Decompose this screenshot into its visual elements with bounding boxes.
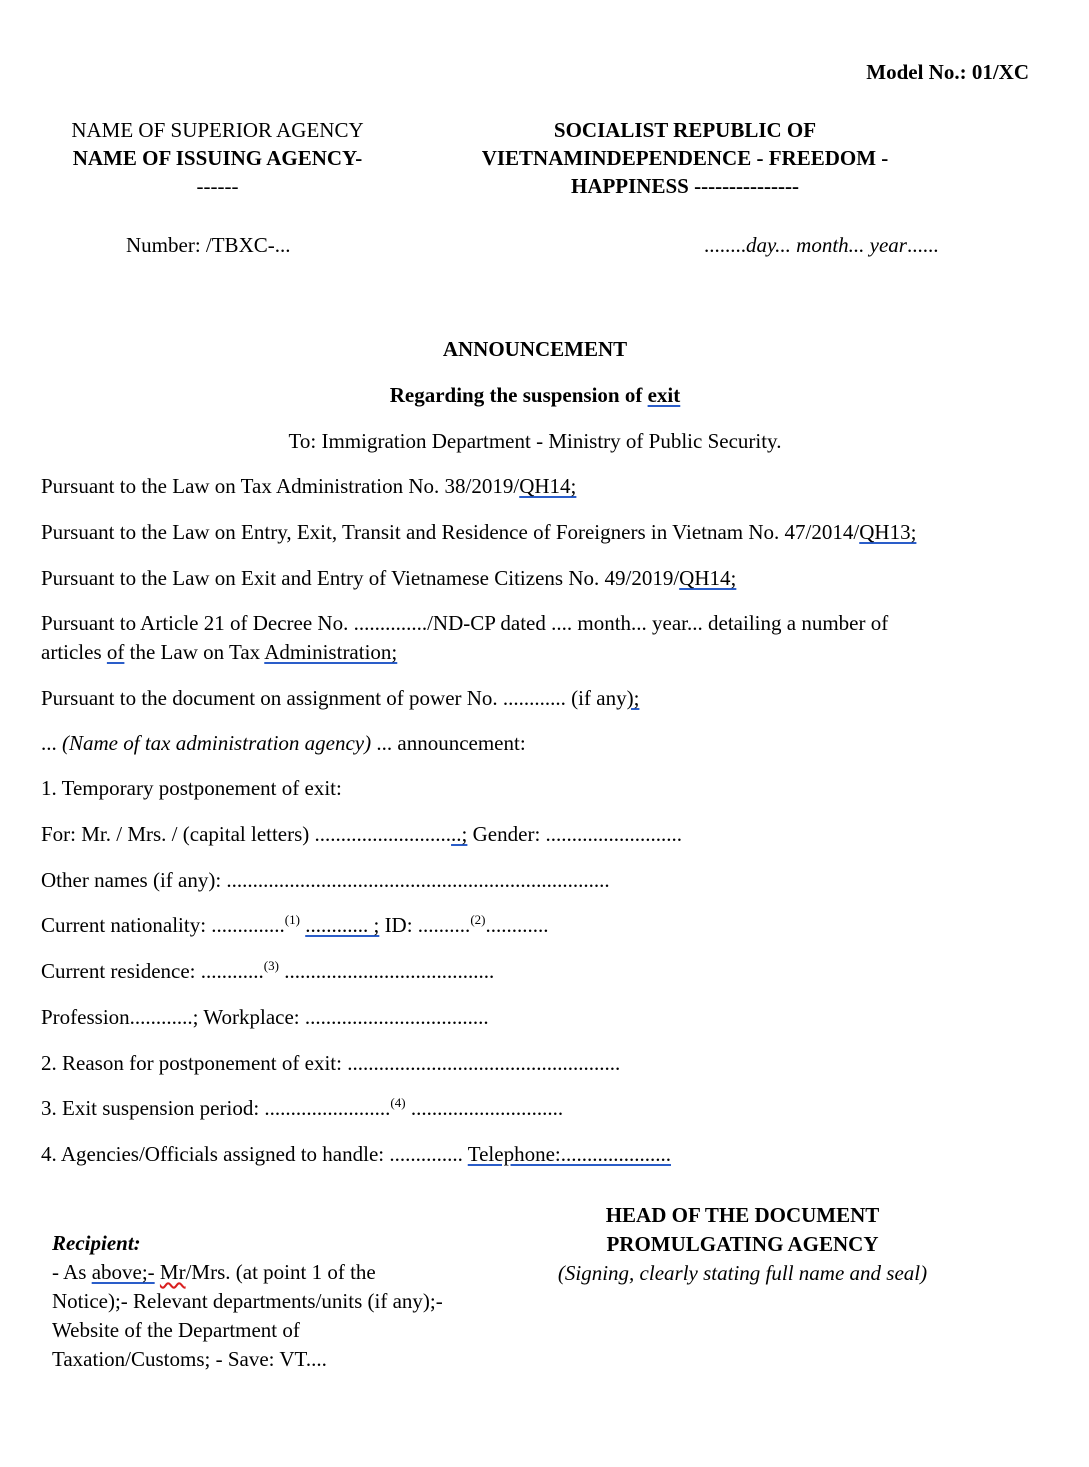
clause-text: Pursuant to the Law on Entry, Exit, Tran… <box>41 520 859 544</box>
id-blank: ............ <box>485 913 548 937</box>
nationality-id-field: Current nationality: ..............(1) .… <box>41 913 548 938</box>
recipient-text: /Mrs. (at point 1 of the <box>186 1260 376 1284</box>
republic-line-1: SOCIALIST REPUBLIC OF <box>445 116 925 144</box>
grammar-flag[interactable]: of <box>107 640 125 664</box>
date-suffix: ...... <box>907 233 939 257</box>
document-title: ANNOUNCEMENT <box>0 337 1070 362</box>
date-prefix: ........ <box>704 233 746 257</box>
clause-text-line-2: articles of the Law on Tax Administratio… <box>41 640 888 665</box>
clause-text: Pursuant to the document on assignment o… <box>41 686 627 710</box>
grammar-flag[interactable]: above;- <box>92 1260 155 1284</box>
subject-flagged-word[interactable]: exit <box>648 383 681 407</box>
agency-divider: ------ <box>20 172 415 200</box>
spelling-flag[interactable]: Mr <box>160 1260 186 1284</box>
grammar-flag[interactable]: QH13; <box>859 520 916 544</box>
recipient-line-1: - As above;- Mr/Mrs. (at point 1 of the <box>52 1258 443 1287</box>
recipient-block: Recipient: - As above;- Mr/Mrs. (at poin… <box>52 1229 443 1374</box>
name-gender-field: For: Mr. / Mrs. / (capital letters) ....… <box>41 822 682 847</box>
subject-text: Regarding the suspension of <box>390 383 648 407</box>
footnote-ref: (1) <box>285 912 300 927</box>
gender-label: Gender: .......................... <box>467 822 682 846</box>
grammar-flag[interactable]: Telephone:..................... <box>468 1142 671 1166</box>
name-label: For: Mr. / Mrs. / (capital letters) ....… <box>41 822 451 846</box>
republic-line-3: HAPPINESS --------------- <box>445 172 925 200</box>
date-text: day... month... year <box>746 233 907 257</box>
agency-placeholder: (Name of tax administration agency) <box>62 731 371 755</box>
recipient-text: - As <box>52 1260 92 1284</box>
section-2-reason: 2. Reason for postponement of exit: ....… <box>41 1051 620 1076</box>
announce-prefix: ... <box>41 731 62 755</box>
pursuant-clause: Pursuant to the Law on Tax Administratio… <box>41 474 576 499</box>
section-4-officials: 4. Agencies/Officials assigned to handle… <box>41 1142 671 1167</box>
document-date: ........day... month... year...... <box>704 233 938 258</box>
recipient-line-4: Taxation/Customs; - Save: VT.... <box>52 1345 443 1374</box>
footnote-ref: (4) <box>390 1095 405 1110</box>
national-motto-block: SOCIALIST REPUBLIC OF VIETNAMINDEPENDENC… <box>445 116 925 200</box>
agency-block: NAME OF SUPERIOR AGENCY NAME OF ISSUING … <box>20 116 415 200</box>
clause-text: Pursuant to the Law on Tax Administratio… <box>41 474 519 498</box>
footnote-ref: (3) <box>264 958 279 973</box>
profession-workplace-field: Profession............; Workplace: .....… <box>41 1005 489 1030</box>
pursuant-clause: Pursuant to the Law on Exit and Entry of… <box>41 566 736 591</box>
clause-text-line-1: Pursuant to Article 21 of Decree No. ...… <box>41 611 888 636</box>
model-number: Model No.: 01/XC <box>866 60 1029 85</box>
clause-text: articles <box>41 640 107 664</box>
other-names-field: Other names (if any): ..................… <box>41 868 610 893</box>
residence-label: Current residence: ............ <box>41 959 264 983</box>
document-subject: Regarding the suspension of exit <box>0 383 1070 408</box>
grammar-flag[interactable]: ); <box>627 686 640 710</box>
republic-line-2: VIETNAMINDEPENDENCE - FREEDOM - <box>445 144 925 172</box>
section-3-period: 3. Exit suspension period: .............… <box>41 1096 563 1121</box>
pursuant-clause: Pursuant to Article 21 of Decree No. ...… <box>41 611 888 665</box>
signature-block: HEAD OF THE DOCUMENT PROMULGATING AGENCY… <box>520 1201 965 1288</box>
issuing-agency: NAME OF ISSUING AGENCY- <box>20 144 415 172</box>
footnote-ref: (2) <box>470 912 485 927</box>
announcement-line: ... (Name of tax administration agency) … <box>41 731 526 756</box>
recipient-label: Recipient: <box>52 1229 443 1258</box>
residence-field: Current residence: ............(3) .....… <box>41 959 494 984</box>
nationality-label: Current nationality: .............. <box>41 913 285 937</box>
residence-blank: ........................................ <box>279 959 494 983</box>
grammar-flag[interactable]: ..; <box>451 822 467 846</box>
clause-text: the Law on Tax <box>124 640 264 664</box>
section-1-heading: 1. Temporary postponement of exit: <box>41 776 342 801</box>
superior-agency: NAME OF SUPERIOR AGENCY <box>20 116 415 144</box>
period-label: 3. Exit suspension period: .............… <box>41 1096 390 1120</box>
recipient-to-line: To: Immigration Department - Ministry of… <box>0 429 1070 454</box>
recipient-line-3: Website of the Department of <box>52 1316 443 1345</box>
clause-text: Pursuant to the Law on Exit and Entry of… <box>41 566 679 590</box>
grammar-flag[interactable]: ............ ; <box>305 913 379 937</box>
signature-title-line-2: PROMULGATING AGENCY <box>520 1230 965 1259</box>
document-number: Number: /TBXC-... <box>126 233 290 258</box>
period-blank: ............................. <box>406 1096 564 1120</box>
id-label: ID: .......... <box>379 913 470 937</box>
pursuant-clause: Pursuant to the document on assignment o… <box>41 686 639 711</box>
grammar-flag[interactable]: Administration; <box>264 640 397 664</box>
signature-instruction: (Signing, clearly stating full name and … <box>520 1259 965 1288</box>
officials-label: 4. Agencies/Officials assigned to handle… <box>41 1142 468 1166</box>
grammar-flag[interactable]: QH14; <box>679 566 736 590</box>
pursuant-clause: Pursuant to the Law on Entry, Exit, Tran… <box>41 520 916 545</box>
signature-title-line-1: HEAD OF THE DOCUMENT <box>520 1201 965 1230</box>
grammar-flag[interactable]: QH14; <box>519 474 576 498</box>
recipient-line-2: Notice);- Relevant departments/units (if… <box>52 1287 443 1316</box>
announce-suffix: ... announcement: <box>371 731 526 755</box>
